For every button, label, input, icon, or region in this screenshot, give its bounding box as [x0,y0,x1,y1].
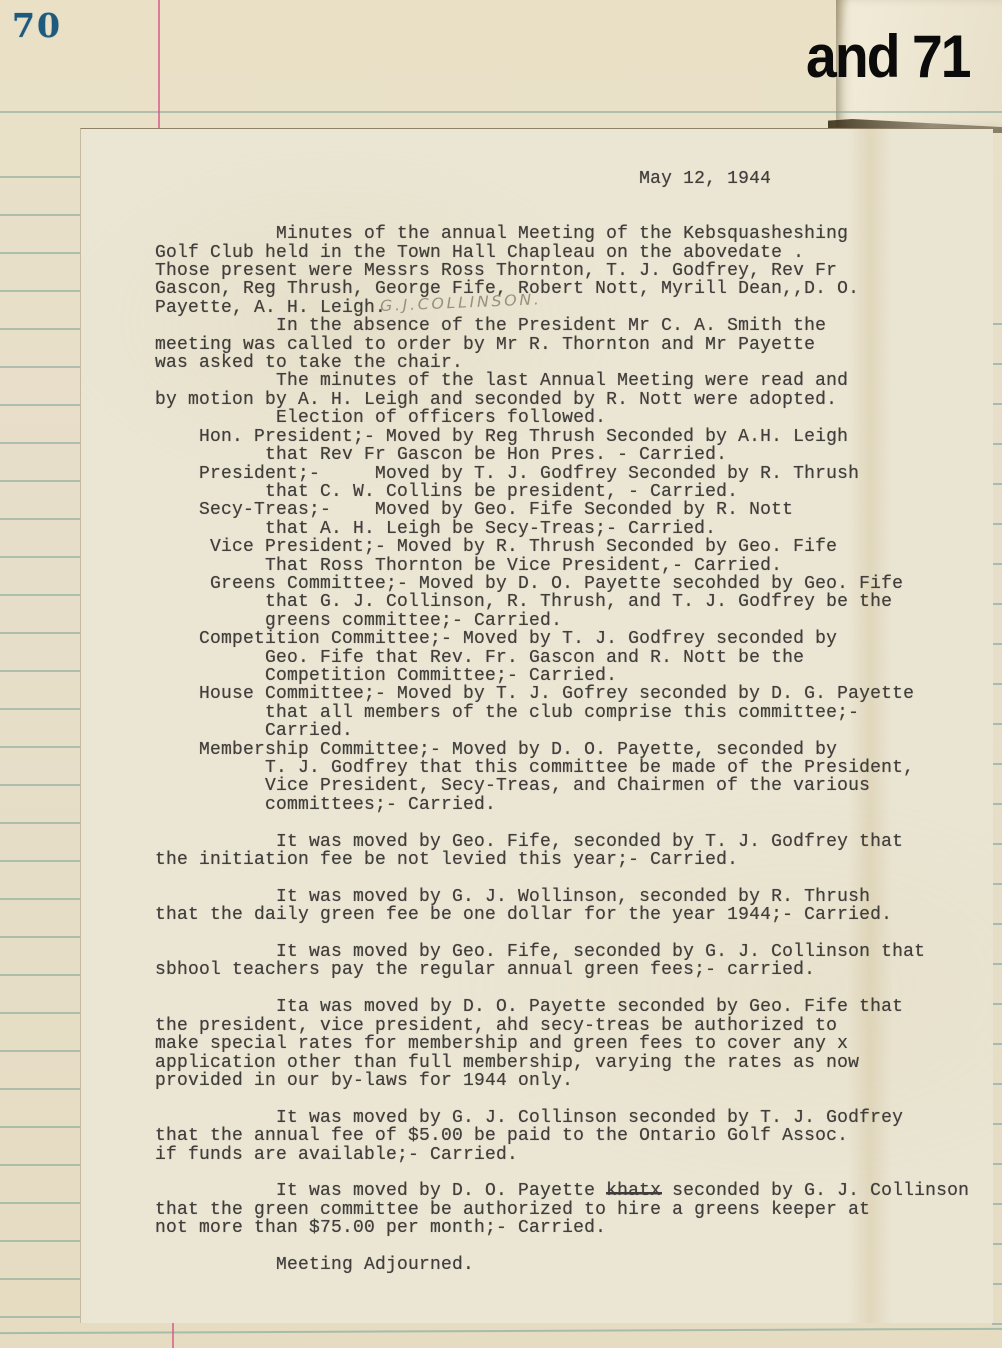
ledger-page: 70 and 71 May 12, 1944 Minutes of the an… [0,0,1002,1348]
ledger-horizontal-rule-top [0,111,1002,113]
ledger-ruled-lines-right [992,285,1002,1348]
ledger-margin-line-top [158,0,160,130]
ledger-horizontal-rule-bottom [0,1328,1002,1334]
page-number-70: 70 [12,6,62,45]
page-label-and-71: and 71 [806,22,970,92]
typed-minutes-text: May 12, 1944 Minutes of the annual Meeti… [155,170,969,1274]
strikethrough-mark [606,1192,662,1194]
ledger-margin-line-bottom [172,1320,174,1348]
ledger-ruled-lines-left [0,140,80,1348]
